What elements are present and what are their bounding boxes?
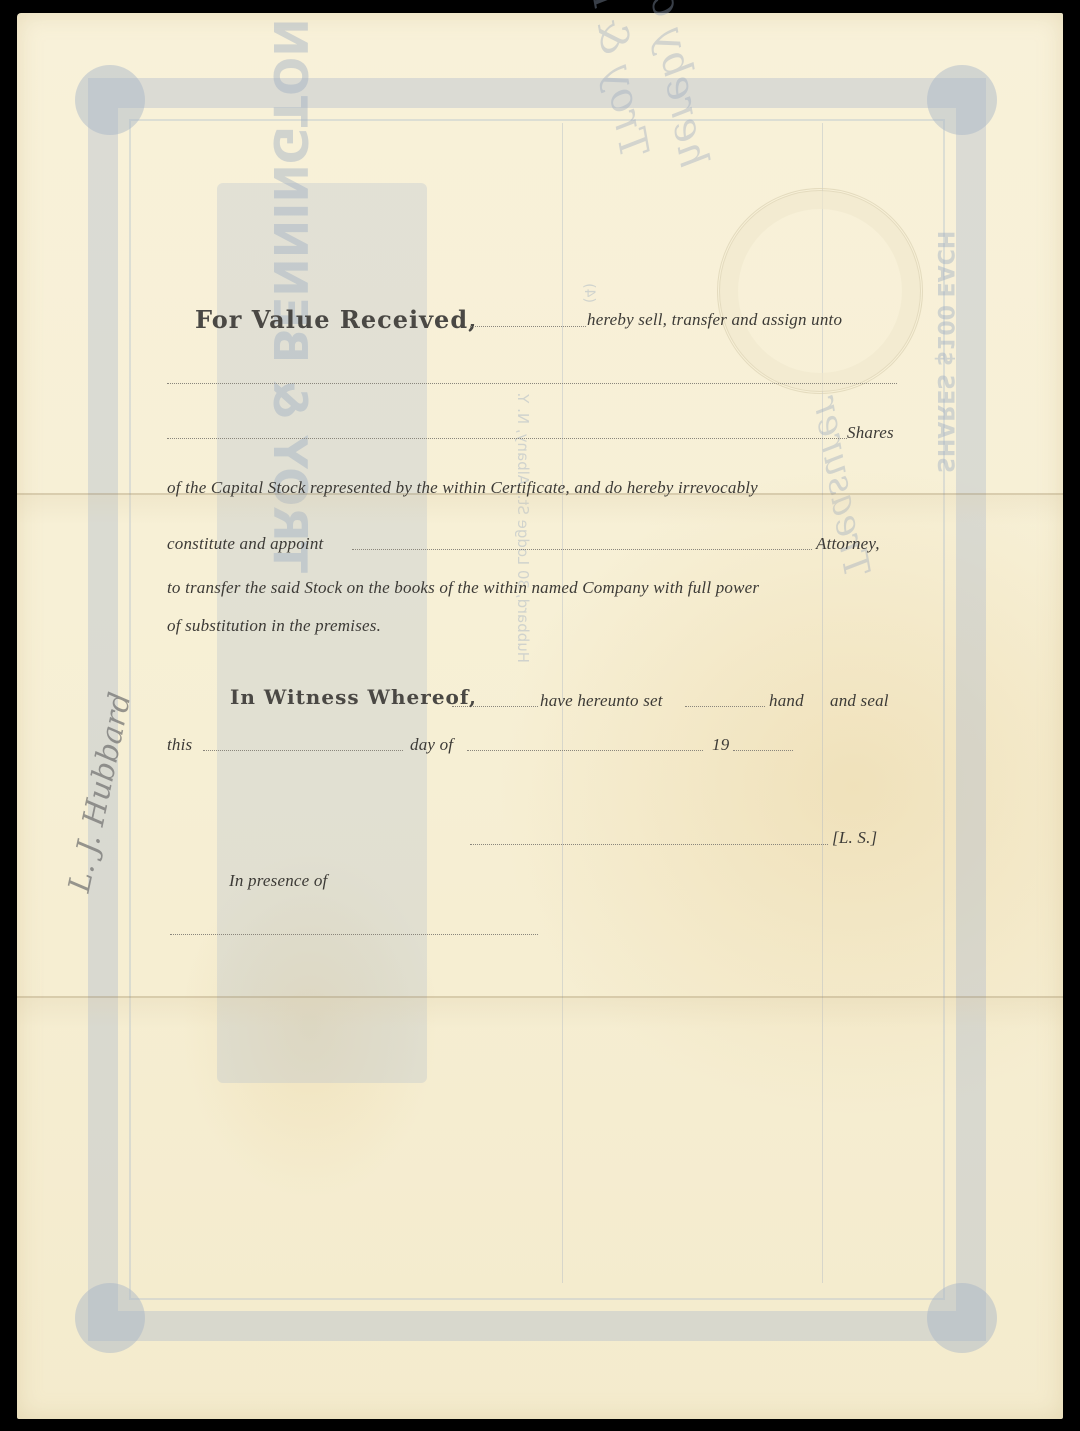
embossed-seal [717, 188, 923, 394]
for-value-received-heading: For Value Received, [195, 305, 477, 334]
handwritten-show-through: hereby certify that is entitled to [559, 0, 717, 171]
corner-ornament-icon [927, 65, 997, 135]
attorney-label: Attorney, [816, 534, 880, 554]
assignor-blank[interactable] [470, 326, 586, 327]
transfer-clause: to transfer the said Stock on the books … [167, 578, 759, 598]
witness-signature-blank[interactable] [170, 934, 538, 935]
and-seal-label: and seal [830, 691, 889, 711]
corner-ornament-icon [75, 65, 145, 135]
appoint-label: constitute and appoint [167, 534, 323, 554]
day-of-label: day of [410, 735, 453, 755]
signature-blank[interactable] [470, 844, 828, 845]
printer-imprint-show-through: Hubbard, 30 Lodge St., Albany, N. Y. [514, 392, 532, 663]
witness-name-blank[interactable] [452, 706, 538, 707]
capital-stock-clause: of the Capital Stock represented by the … [167, 478, 758, 498]
year-prefix: 19 [712, 735, 729, 755]
month-blank[interactable] [467, 750, 703, 751]
divider-show-through [822, 123, 823, 1283]
shares-each-show-through: SHARES $100 EACH [932, 231, 957, 473]
fold-shadow [17, 998, 1063, 1028]
in-witness-whereof-heading: In Witness Whereof, [230, 685, 477, 709]
fold-shadow [17, 495, 1063, 525]
handwritten-show-through: Troy & Bennington Rail Road Company [473, 0, 657, 161]
pronoun-blank[interactable] [685, 706, 765, 707]
assignee-blank[interactable] [167, 383, 897, 384]
shares-blank[interactable] [167, 438, 847, 439]
assign-clause: hereby sell, transfer and assign unto [587, 310, 842, 330]
substitution-clause: of substitution in the premises. [167, 616, 381, 636]
this-label: this [167, 735, 192, 755]
hand-label: hand [769, 691, 804, 711]
certificate-paper: TROY & BENNINGTON RAILROAD COMPANY SHARE… [17, 13, 1063, 1419]
attorney-blank[interactable] [352, 549, 812, 550]
year-blank[interactable] [733, 750, 793, 751]
in-presence-of-label: In presence of [229, 871, 327, 891]
pencil-signature: L. J. Hubbard [62, 689, 138, 895]
inner-frame-show-through [129, 119, 945, 1300]
seal-mark: [L. S.] [832, 828, 877, 848]
shares-label: Shares [847, 423, 894, 443]
corner-ornament-icon [927, 1283, 997, 1353]
seal-mark-text: [L. S.] [832, 828, 877, 847]
day-blank[interactable] [203, 750, 403, 751]
form-number-show-through: (4) [581, 283, 597, 303]
corner-ornament-icon [75, 1283, 145, 1353]
have-set-label: have hereunto set [540, 691, 663, 711]
